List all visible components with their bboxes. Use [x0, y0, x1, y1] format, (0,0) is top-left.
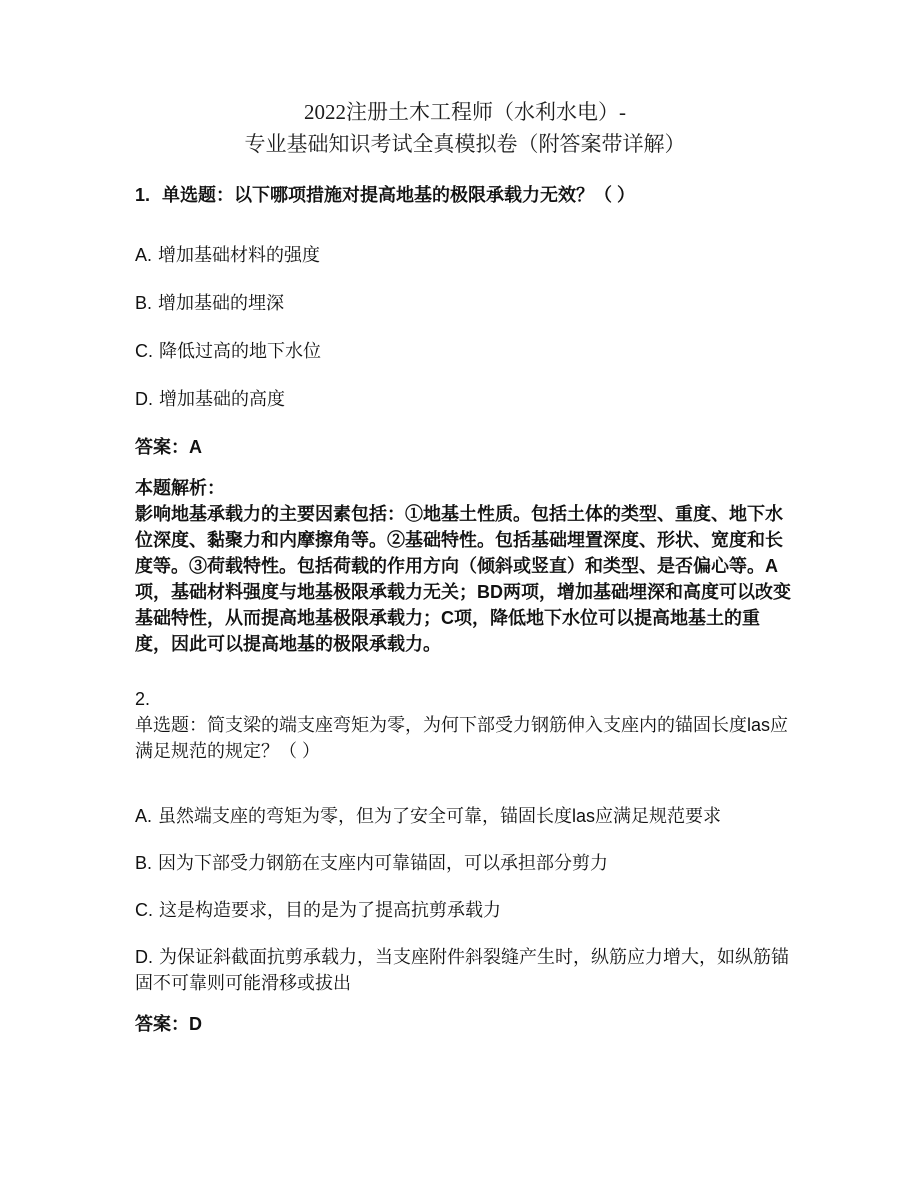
option-row: C.降低过高的地下水位	[135, 338, 795, 364]
question-1-number: 1.	[135, 185, 150, 205]
answer-label: 答案：	[135, 1014, 189, 1034]
option-label: C.	[135, 900, 153, 920]
option-text: 虽然端支座的弯矩为零，但为了安全可靠，锚固长度las应满足规范要求	[158, 806, 721, 826]
option-label: D.	[135, 389, 153, 409]
document-title: 2022注册土木工程师（水利水电）- 专业基础知识考试全真模拟卷（附答案带详解）	[135, 96, 795, 160]
option-row: D.增加基础的高度	[135, 386, 795, 412]
option-text: 增加基础的埋深	[158, 293, 284, 313]
option-label: D.	[135, 947, 153, 967]
option-label: B.	[135, 853, 152, 873]
question-1-stem: 单选题：以下哪项措施对提高地基的极限承载力无效？（ ）	[162, 185, 635, 205]
option-text: 增加基础的高度	[159, 389, 285, 409]
option-row: D.为保证斜截面抗剪承载力，当支座附件斜裂缝产生时，纵筋应力增大，如纵筋锚固不可…	[135, 944, 795, 996]
question-2-number: 2.	[135, 686, 795, 712]
option-row: A.虽然端支座的弯矩为零，但为了安全可靠，锚固长度las应满足规范要求	[135, 803, 795, 829]
analysis-text: 影响地基承载力的主要因素包括：①地基土性质。包括土体的类型、重度、地下水位深度、…	[135, 504, 791, 654]
document-title-line2: 专业基础知识考试全真模拟卷（附答案带详解）	[135, 128, 795, 160]
question-1-options: A.增加基础材料的强度 B.增加基础的埋深 C.降低过高的地下水位 D.增加基础…	[135, 242, 795, 412]
document-page: 2022注册土木工程师（水利水电）- 专业基础知识考试全真模拟卷（附答案带详解）…	[0, 0, 920, 1191]
option-text: 降低过高的地下水位	[159, 341, 321, 361]
answer-label: 答案：	[135, 437, 189, 457]
question-2-stem: 单选题：简支梁的端支座弯矩为零，为何下部受力钢筋伸入支座内的锚固长度las应满足…	[135, 715, 788, 761]
document-title-line1: 2022注册土木工程师（水利水电）-	[135, 96, 795, 128]
option-row: B.增加基础的埋深	[135, 290, 795, 316]
question-1-answer-line: 答案：A	[135, 434, 795, 460]
option-text: 因为下部受力钢筋在支座内可靠锚固，可以承担部分剪力	[158, 853, 608, 873]
option-label: C.	[135, 341, 153, 361]
option-row: A.增加基础材料的强度	[135, 242, 795, 268]
option-text: 这是构造要求，目的是为了提高抗剪承载力	[159, 900, 501, 920]
option-label: A.	[135, 806, 152, 826]
question-2-options: A.虽然端支座的弯矩为零，但为了安全可靠，锚固长度las应满足规范要求 B.因为…	[135, 803, 795, 996]
option-label: A.	[135, 245, 152, 265]
answer-value: A	[189, 437, 202, 457]
analysis-label: 本题解析：	[135, 475, 795, 501]
question-1-analysis: 本题解析： 影响地基承载力的主要因素包括：①地基土性质。包括土体的类型、重度、地…	[135, 475, 795, 657]
option-row: C.这是构造要求，目的是为了提高抗剪承载力	[135, 897, 795, 923]
question-1-stem-line: 1.单选题：以下哪项措施对提高地基的极限承载力无效？（ ）	[135, 182, 795, 208]
question-2-answer-line: 答案：D	[135, 1011, 795, 1037]
option-label: B.	[135, 293, 152, 313]
option-text: 增加基础材料的强度	[158, 245, 320, 265]
option-text: 为保证斜截面抗剪承载力，当支座附件斜裂缝产生时，纵筋应力增大，如纵筋锚固不可靠则…	[135, 947, 789, 993]
question-2-stem-block: 2. 单选题：简支梁的端支座弯矩为零，为何下部受力钢筋伸入支座内的锚固长度las…	[135, 686, 795, 764]
answer-value: D	[189, 1014, 202, 1034]
option-row: B.因为下部受力钢筋在支座内可靠锚固，可以承担部分剪力	[135, 850, 795, 876]
